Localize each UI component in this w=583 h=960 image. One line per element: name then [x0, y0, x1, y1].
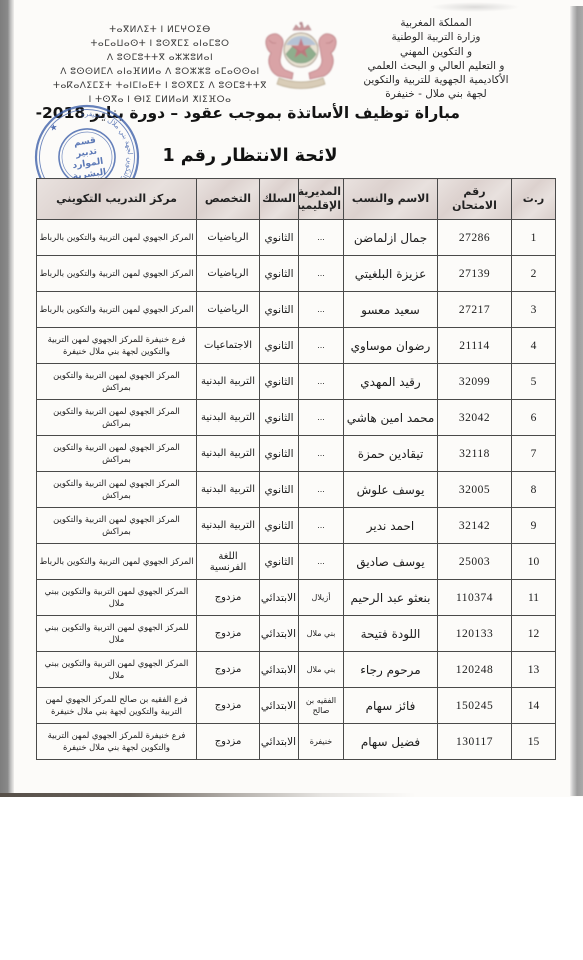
scan-bottom-shadow	[0, 793, 520, 797]
cell-provincial-directorate: أزيلال	[299, 580, 344, 616]
table-header-row: ر.ت رقم الامتحان الاسم والنسب المديرية ا…	[37, 179, 556, 220]
cell-training-center: المركز الجهوي لمهن التربية والتكوين بمرا…	[37, 364, 197, 400]
cell-training-center: المركز الجهوي لمهن التربية والتكوين بمرا…	[37, 400, 197, 436]
scan-smudge	[430, 2, 520, 12]
cell-provincial-directorate: ...	[299, 292, 344, 328]
cell-training-center: المركز الجهوي لمهن التربية والتكوين ببني…	[37, 580, 197, 616]
cell-full-name: يوسف صاديق	[344, 544, 438, 580]
cell-provincial-directorate: خنيفرة	[299, 724, 344, 760]
cell-training-center: المركز الجهوي لمهن التربية والتكوين بالر…	[37, 220, 197, 256]
table-row: 9 32142 احمد ندير ... الثانوي التربية ال…	[37, 508, 556, 544]
coat-of-arms-logo	[253, 20, 349, 102]
scanned-document-page: { "header": { "ministry_lines": [ "الممل…	[0, 0, 583, 960]
table-row: 15 130117 فضيل سهام خنيفرة الابتدائي مزد…	[37, 724, 556, 760]
cell-rank: 3	[512, 292, 556, 328]
table-body: 1 27286 جمال ازلماضن ... الثانوي الرياضي…	[37, 220, 556, 760]
cell-rank: 15	[512, 724, 556, 760]
waiting-list-table: ر.ت رقم الامتحان الاسم والنسب المديرية ا…	[36, 178, 556, 760]
table-row: 11 110374 بنعثو عبد الرحيم أزيلال الابتد…	[37, 580, 556, 616]
cell-specialty: مزدوج	[197, 724, 260, 760]
cell-cycle: الابتدائي	[260, 724, 299, 760]
cell-exam-number: 21114	[438, 328, 512, 364]
cell-full-name: مرحوم رجاء	[344, 652, 438, 688]
cell-exam-number: 32118	[438, 436, 512, 472]
header-full-name: الاسم والنسب	[344, 179, 438, 220]
cell-rank: 8	[512, 472, 556, 508]
cell-rank: 12	[512, 616, 556, 652]
cell-full-name: يوسف علوش	[344, 472, 438, 508]
cell-exam-number: 110374	[438, 580, 512, 616]
cell-full-name: احمد ندير	[344, 508, 438, 544]
cell-specialty: الاجتماعيات	[197, 328, 260, 364]
cell-rank: 5	[512, 364, 556, 400]
cell-specialty: مزدوج	[197, 616, 260, 652]
cell-training-center: المركز الجهوي لمهن التربية والتكوين بالر…	[37, 292, 197, 328]
cell-training-center: المركز الجهوي لمهن التربية والتكوين بمرا…	[37, 472, 197, 508]
cell-cycle: الابتدائي	[260, 652, 299, 688]
cell-exam-number: 32142	[438, 508, 512, 544]
table-row: 6 32042 محمد امين هاشي ... الثانوي الترب…	[37, 400, 556, 436]
cell-provincial-directorate: بني ملال	[299, 652, 344, 688]
cell-rank: 11	[512, 580, 556, 616]
cell-rank: 13	[512, 652, 556, 688]
cell-provincial-directorate: ...	[299, 400, 344, 436]
cell-training-center: فرع خنيفرة للمركز الجهوي لمهن التربية وا…	[37, 724, 197, 760]
cell-full-name: عزيزة البلغيتي	[344, 256, 438, 292]
cell-training-center: المركز الجهوي لمهن التربية والتكوين بالر…	[37, 544, 197, 580]
cell-cycle: الابتدائي	[260, 616, 299, 652]
cell-cycle: الثانوي	[260, 256, 299, 292]
cell-rank: 14	[512, 688, 556, 724]
cell-exam-number: 27217	[438, 292, 512, 328]
header-exam-number: رقم الامتحان	[438, 179, 512, 220]
cell-cycle: الثانوي	[260, 436, 299, 472]
cell-rank: 9	[512, 508, 556, 544]
cell-rank: 7	[512, 436, 556, 472]
cell-provincial-directorate: ...	[299, 508, 344, 544]
cell-provincial-directorate: بني ملال	[299, 616, 344, 652]
cell-training-center: المركز الجهوي لمهن التربية والتكوين ببني…	[37, 652, 197, 688]
header-training-center: مركز التدريب التكويني	[37, 179, 197, 220]
cell-cycle: الثانوي	[260, 292, 299, 328]
cell-training-center: فرع خنيفرة للمركز الجهوي لمهن التربية وا…	[37, 328, 197, 364]
cell-exam-number: 120133	[438, 616, 512, 652]
cell-provincial-directorate: ...	[299, 364, 344, 400]
cell-full-name: فائز سهام	[344, 688, 438, 724]
cell-training-center: المركز الجهوي لمهن التربية والتكوين بمرا…	[37, 508, 197, 544]
cell-training-center: للمركز الجهوي لمهن التربية والتكوين ببني…	[37, 616, 197, 652]
cell-exam-number: 32099	[438, 364, 512, 400]
cell-specialty: مزدوج	[197, 688, 260, 724]
cell-exam-number: 130117	[438, 724, 512, 760]
cell-specialty: التربية البدنية	[197, 364, 260, 400]
table-row: 5 32099 رقيد المهدي ... الثانوي التربية …	[37, 364, 556, 400]
cell-training-center: فرع الفقيه بن صالح للمركز الجهوي لمهن ال…	[37, 688, 197, 724]
table-row: 1 27286 جمال ازلماضن ... الثانوي الرياضي…	[37, 220, 556, 256]
table-row: 8 32005 يوسف علوش ... الثانوي التربية ال…	[37, 472, 556, 508]
cell-provincial-directorate: ...	[299, 328, 344, 364]
stamp-center-text: قسم تدبير الموارد البشرية	[68, 135, 107, 182]
cell-rank: 4	[512, 328, 556, 364]
cell-cycle: الثانوي	[260, 220, 299, 256]
header-text-line: ⵜⴰⵎⴰⵡⴰⵙⵜ ⵏ ⵓⵙⴳⵎⵉ ⴰⵏⴰⵎⵓⵔ	[50, 38, 270, 52]
table-row: 12 120133 اللودة فتيحة بني ملال الابتدائ…	[37, 616, 556, 652]
cell-exam-number: 27286	[438, 220, 512, 256]
cell-specialty: التربية البدنية	[197, 400, 260, 436]
cell-provincial-directorate: ...	[299, 436, 344, 472]
cell-specialty: الرياضيات	[197, 292, 260, 328]
scan-edge-right	[570, 6, 583, 796]
table-row: 10 25003 يوسف صاديق ... الثانوي اللغة ال…	[37, 544, 556, 580]
waiting-list-subtitle: لائحة الانتظار رقم 1	[120, 146, 380, 166]
cell-full-name: اللودة فتيحة	[344, 616, 438, 652]
cell-cycle: الابتدائي	[260, 580, 299, 616]
cell-full-name: تيقادين حمزة	[344, 436, 438, 472]
table-row: 3 27217 سعيد معسو ... الثانوي الرياضيات …	[37, 292, 556, 328]
cell-specialty: مزدوج	[197, 652, 260, 688]
header-specialty: التخصص	[197, 179, 260, 220]
cell-exam-number: 25003	[438, 544, 512, 580]
cell-full-name: محمد امين هاشي	[344, 400, 438, 436]
header-text-line: ⴷ ⵓⵙⵙⵍⵎⴷ ⴰⵏⴰⴼⵍⵍⴰ ⴷ ⵓⵔⵣⵣⵓ ⴰⵎⴰⵙⵙⴰⵏ	[50, 66, 270, 80]
cell-specialty: التربية البدنية	[197, 436, 260, 472]
cell-cycle: الثانوي	[260, 364, 299, 400]
cell-exam-number: 150245	[438, 688, 512, 724]
cell-specialty: اللغة الفرنسية	[197, 544, 260, 580]
cell-cycle: الثانوي	[260, 544, 299, 580]
cell-rank: 6	[512, 400, 556, 436]
header-text-line: ⵜⴰⴳⵍⴷⵉⵜ ⵏ ⵍⵎⵖⵔⵉⴱ	[50, 24, 270, 38]
cell-cycle: الثانوي	[260, 508, 299, 544]
cell-full-name: رقيد المهدي	[344, 364, 438, 400]
scan-edge-left	[0, 0, 14, 796]
cell-full-name: بنعثو عبد الرحيم	[344, 580, 438, 616]
stamp-star-top: ★	[49, 123, 58, 134]
cell-full-name: سعيد معسو	[344, 292, 438, 328]
cell-provincial-directorate: الفقيه بن صالح	[299, 688, 344, 724]
cell-rank: 10	[512, 544, 556, 580]
cell-full-name: جمال ازلماضن	[344, 220, 438, 256]
header-text-line: ⵜⴰⴽⴰⴷⵉⵎⵉⵜ ⵜⴰⵏⵎⵏⴰⴹⵜ ⵏ ⵓⵙⴳⵎⵉ ⴷ ⵓⵙⵎⵓⵜⵜⴳ	[50, 80, 270, 94]
cell-specialty: الرياضيات	[197, 256, 260, 292]
cell-cycle: الثانوي	[260, 400, 299, 436]
table-row: 14 150245 فائز سهام الفقيه بن صالح الابت…	[37, 688, 556, 724]
cell-exam-number: 32042	[438, 400, 512, 436]
table-row: 2 27139 عزيزة البلغيتي ... الثانوي الريا…	[37, 256, 556, 292]
cell-specialty: مزدوج	[197, 580, 260, 616]
cell-cycle: الثانوي	[260, 472, 299, 508]
table-row: 7 32118 تيقادين حمزة ... الثانوي التربية…	[37, 436, 556, 472]
cell-provincial-directorate: ...	[299, 256, 344, 292]
header-provincial-directorate: المديرية الإقليمية	[299, 179, 344, 220]
header-text-line: ⴷ ⵓⵙⵎⵓⵜⵜⴳ ⴰⵣⵣⵓⵍⴰⵏ	[50, 52, 270, 66]
table-row: 13 120248 مرحوم رجاء بني ملال الابتدائي …	[37, 652, 556, 688]
cell-cycle: الابتدائي	[260, 688, 299, 724]
cell-full-name: فضيل سهام	[344, 724, 438, 760]
cell-provincial-directorate: ...	[299, 220, 344, 256]
cell-provincial-directorate: ...	[299, 544, 344, 580]
header-rank: ر.ت	[512, 179, 556, 220]
cell-exam-number: 27139	[438, 256, 512, 292]
cell-specialty: التربية البدنية	[197, 472, 260, 508]
cell-provincial-directorate: ...	[299, 472, 344, 508]
cell-cycle: الثانوي	[260, 328, 299, 364]
cell-rank: 2	[512, 256, 556, 292]
cell-training-center: المركز الجهوي لمهن التربية والتكوين بمرا…	[37, 436, 197, 472]
cell-specialty: الرياضيات	[197, 220, 260, 256]
cell-rank: 1	[512, 220, 556, 256]
cell-full-name: رضوان موساوي	[344, 328, 438, 364]
cell-exam-number: 120248	[438, 652, 512, 688]
cell-training-center: المركز الجهوي لمهن التربية والتكوين بالر…	[37, 256, 197, 292]
table-row: 4 21114 رضوان موساوي ... الثانوي الاجتما…	[37, 328, 556, 364]
cell-specialty: التربية البدنية	[197, 508, 260, 544]
header-cycle: السلك	[260, 179, 299, 220]
cell-exam-number: 32005	[438, 472, 512, 508]
